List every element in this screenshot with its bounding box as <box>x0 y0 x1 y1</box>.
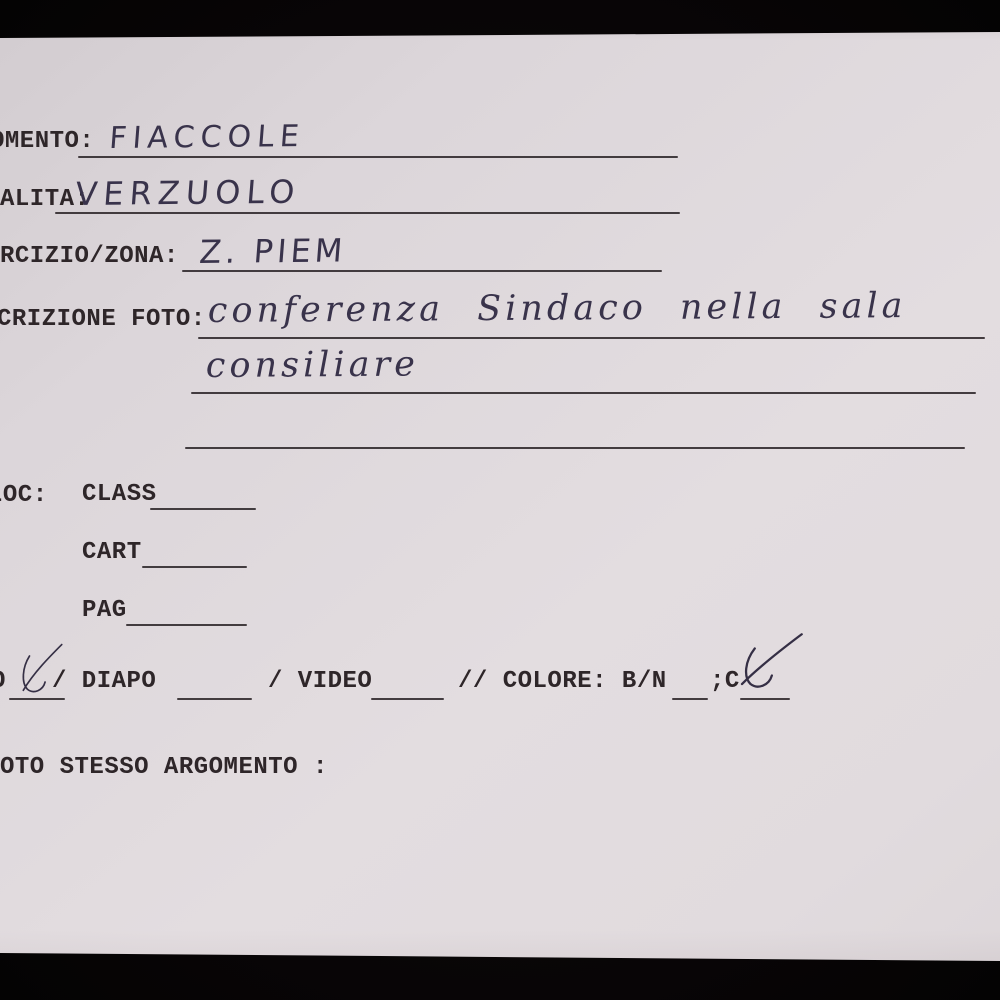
pag-label: PAG <box>82 597 127 624</box>
field-label-argomento: OMENTO: <box>0 128 94 155</box>
field-value-descrizione-foto-line2: consiliare <box>206 345 419 386</box>
field-value-descrizione-foto-line1: conferenza Sindaco nella sala <box>208 286 907 331</box>
diapo-blank-line <box>177 698 252 700</box>
video-blank-line <box>371 698 444 700</box>
location-label: LOC: <box>0 482 48 509</box>
field-label-descrizione-foto: CRIZIONE FOTO: <box>0 306 206 333</box>
field-value-argomento: FIACCOLE <box>108 119 306 156</box>
blank-line-descrizione-2 <box>191 392 976 394</box>
c-blank-line <box>740 698 790 700</box>
bn-blank-line <box>672 698 708 700</box>
cart-blank-line <box>142 566 247 568</box>
field-value-localita: VERZUOLO <box>74 173 302 213</box>
video-label: / VIDEO <box>268 668 372 695</box>
blank-line-localita <box>55 212 680 214</box>
field-label-esercizio-zona: RCIZIO/ZONA: <box>0 243 179 270</box>
blank-line-descrizione-1 <box>198 337 985 339</box>
blank-line-descrizione-3 <box>185 447 965 449</box>
foto-label-fragment: O <box>0 668 6 695</box>
check-mark-icon <box>733 630 805 694</box>
pag-blank-line <box>126 624 247 626</box>
index-card: OMENTO: FIACCOLE ALITA: VERZUOLO RCIZIO/… <box>0 0 1000 1000</box>
footer-label: OTO STESSO ARGOMENTO : <box>0 754 328 781</box>
blank-line-esercizio-zona <box>182 270 662 272</box>
foto-blank-line <box>9 698 65 700</box>
blank-line-argomento <box>78 156 678 158</box>
colore-label: // COLORE: B/N <box>458 668 667 695</box>
diapo-label: / DIAPO <box>52 668 156 695</box>
class-label: CLASS <box>82 481 157 508</box>
field-value-esercizio-zona: Z. PIEM <box>198 231 348 271</box>
class-blank-line <box>150 508 256 510</box>
cart-label: CART <box>82 539 142 566</box>
